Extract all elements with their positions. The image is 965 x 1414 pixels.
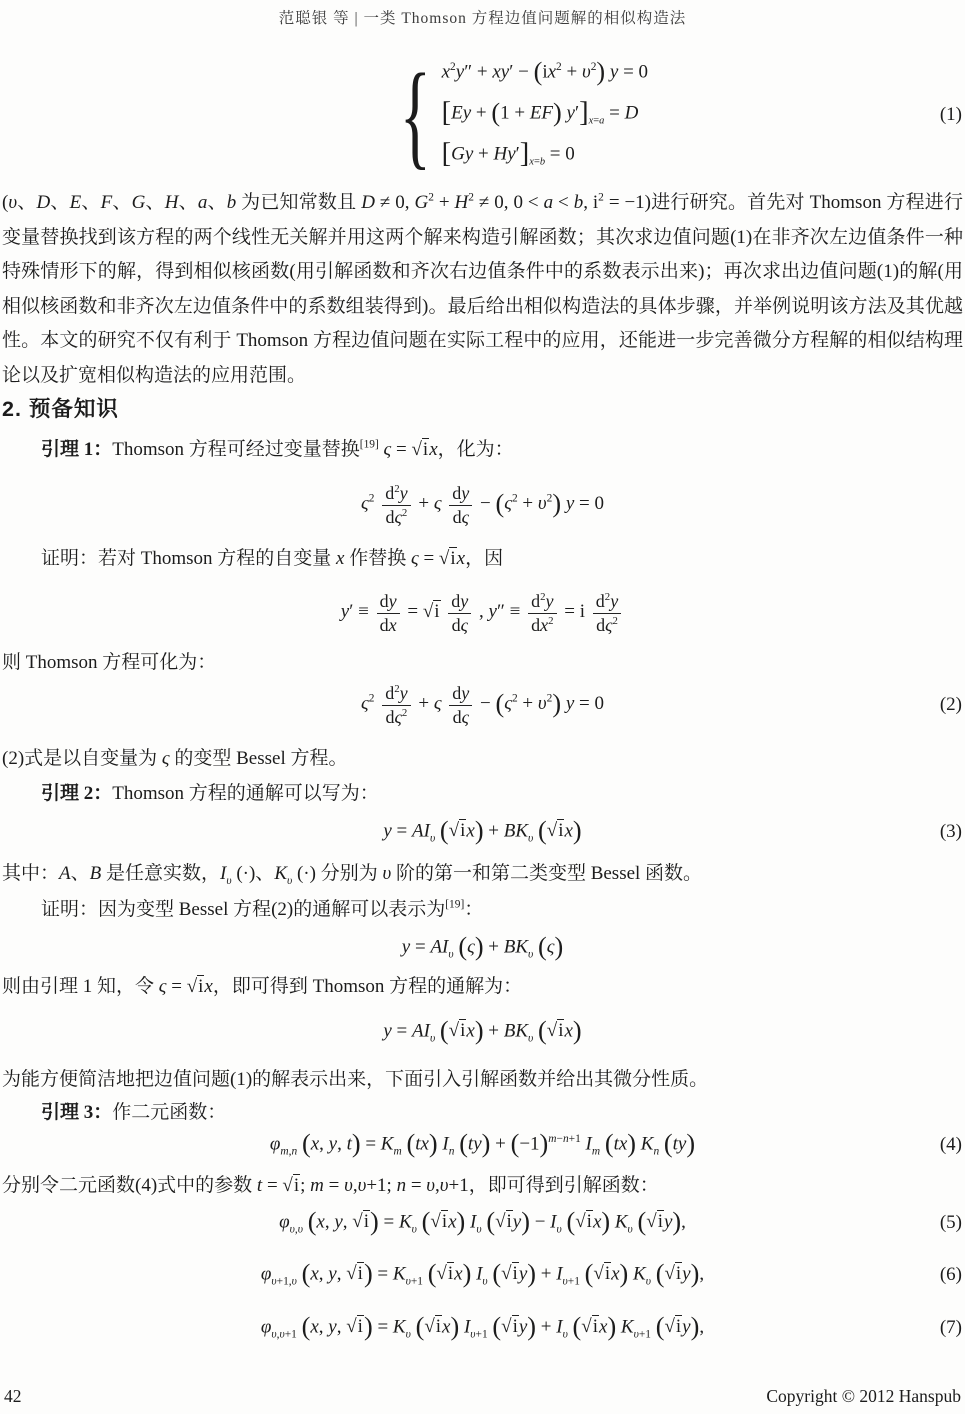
equation-2-body: ς2 d2ydς2 + ς dydς − (ς2 + υ2) y = 0	[361, 683, 604, 726]
after-equation-2-line: (2)式是以自变量为 ς 的变型 Bessel 方程。	[0, 746, 965, 772]
equation-1-rows: x2y″ + xy′ − (ix2 + υ2) y = 0 [Ey + (1 +…	[442, 60, 648, 169]
equation-1-row-3: [Gy + Hy′]x=b = 0	[442, 141, 575, 170]
equation-4-number: (4)	[940, 1134, 962, 1156]
derivative-equation: y′ ≡ dydx = √i dydς , y″ ≡ d2ydx2 = i d2…	[0, 582, 965, 644]
equation-1-row-1: x2y″ + xy′ − (ix2 + υ2) y = 0	[442, 60, 648, 86]
equation-4: φm,n (x, y, t) = Km (tx) In (ty) + (−1)m…	[0, 1122, 965, 1168]
equation-1: { x2y″ + xy′ − (ix2 + υ2) y = 0 [Ey + (1…	[0, 50, 965, 180]
equation-5-body: φυ,υ (x, y, √i) = Kυ (√ix) Iυ (√iy) − Iυ…	[279, 1210, 686, 1236]
equation-5: φυ,υ (x, y, √i) = Kυ (√ix) Iυ (√iy) − Iυ…	[0, 1200, 965, 1246]
equation-6: φυ+1,υ (x, y, √i) = Kυ+1 (√ix) Iυ (√iy) …	[0, 1252, 965, 1298]
equation-3: y = AIυ (√ix) + BKυ (√ix) (3)	[0, 811, 965, 853]
proof-2-line: 证明：因为变型 Bessel 方程(2)的通解可以表示为[19]：	[0, 897, 965, 923]
general-solution-x-body: y = AIυ (√ix) + BKυ (√ix)	[383, 1019, 581, 1045]
equation-2-number: (2)	[940, 694, 962, 716]
equation-4-body: φm,n (x, y, t) = Km (tx) In (ty) + (−1)m…	[270, 1132, 695, 1158]
footer-copyright: Copyright © 2012 Hanspub	[766, 1386, 961, 1407]
parameters-paragraph: 分别令二元函数(4)式中的参数 t = √i; m = υ,υ+1; n = υ…	[0, 1173, 965, 1199]
lemma-1-equation: ς2 d2ydς2 + ς dydς − (ς2 + υ2) y = 0	[0, 474, 965, 536]
running-head: 范聪银 等 | 一类 Thomson 方程边值问题解的相似构造法	[0, 6, 965, 28]
equation-6-number: (6)	[940, 1264, 962, 1286]
equation-1-row-2: [Ey + (1 + EF) y′]x=a = D	[442, 100, 639, 129]
equation-7-body: φυ,υ+1 (x, y, √i) = Kυ (√ix) Iυ+1 (√iy) …	[261, 1315, 704, 1341]
equation-7: φυ,υ+1 (x, y, √i) = Kυ (√ix) Iυ+1 (√iy) …	[0, 1305, 965, 1351]
intro-paragraph: (υ、D、E、F、G、H、a、b 为已知常数且 D ≠ 0, G2 + H2 ≠…	[0, 186, 965, 393]
among-line: 其中：A、B 是任意实数，Iυ (·)、Kυ (·) 分别为 υ 阶的第一和第二…	[0, 861, 965, 887]
system-brace: {	[400, 56, 431, 174]
guide-paragraph: 为能方便简洁地把边值问题(1)的解表示出来，下面引入引解函数并给出其微分性质。	[0, 1067, 965, 1093]
derivative-equation-body: y′ ≡ dydx = √i dydς , y″ ≡ d2ydx2 = i d2…	[341, 591, 624, 634]
general-solution-zeta-equation: y = AIυ (ς) + BKυ (ς)	[0, 927, 965, 969]
lemma-1-statement: 引理 1：Thomson 方程可经过变量替换[19] ς = √ix，化为：	[0, 437, 965, 463]
equation-3-body: y = AIυ (√ix) + BKυ (√ix)	[383, 819, 581, 845]
equation-3-number: (3)	[940, 821, 962, 843]
footer-page-number: 42	[4, 1386, 22, 1407]
equation-7-number: (7)	[940, 1317, 962, 1339]
lemma-1-equation-body: ς2 d2ydς2 + ς dydς − (ς2 + υ2) y = 0	[361, 483, 604, 526]
then-line-1: 则 Thomson 方程可化为：	[0, 650, 965, 676]
general-solution-x-equation: y = AIυ (√ix) + BKυ (√ix)	[0, 1011, 965, 1053]
section-heading: 2. 预备知识	[0, 392, 965, 423]
equation-5-number: (5)	[940, 1212, 962, 1234]
proof-1-line: 证明：若对 Thomson 方程的自变量 x 作替换 ς = √ix，因	[0, 546, 965, 572]
equation-2: ς2 d2ydς2 + ς dydς − (ς2 + υ2) y = 0 (2)	[0, 674, 965, 736]
equation-6-body: φυ+1,υ (x, y, √i) = Kυ+1 (√ix) Iυ (√iy) …	[261, 1262, 704, 1288]
equation-1-number: (1)	[940, 104, 962, 126]
general-solution-zeta-body: y = AIυ (ς) + BKυ (ς)	[402, 935, 563, 961]
then-line-2: 则由引理 1 知，令 ς = √ix，即可得到 Thomson 方程的通解为：	[0, 974, 965, 1000]
lemma-2-statement: 引理 2：Thomson 方程的通解可以写为：	[0, 781, 965, 807]
